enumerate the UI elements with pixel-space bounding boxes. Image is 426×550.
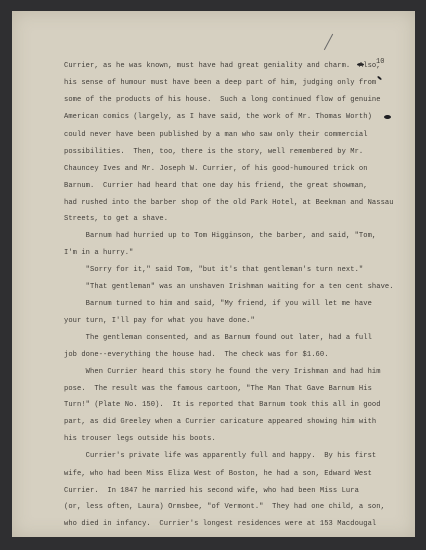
text-line: wife, who had been Miss Eliza West of Bo… [64, 470, 372, 478]
text-line: job done--everything the house had. The … [64, 351, 329, 359]
text-line: Streets, to get a shave. [64, 215, 168, 223]
text-line: "Sorry for it," said Tom, "but it's that… [64, 266, 363, 274]
text-line: part, as did Greeley when a Currier cari… [64, 418, 376, 426]
text-line: his sense of humour must have been a dee… [64, 79, 376, 87]
text-line: his trouser legs outside his boots. [64, 435, 216, 443]
text-line: Barnum had hurried up to Tom Higginson, … [64, 232, 376, 240]
text-line: I'm in a hurry." [64, 249, 133, 257]
text-line: some of the products of his house. Such … [64, 96, 381, 104]
text-line: could never have been published by a man… [64, 131, 368, 139]
text-line: who died in infancy. Currier's longest r… [64, 520, 376, 528]
text-line: (or, less often, Laura) Ormsbee, "of Ver… [64, 503, 385, 511]
text-line: had rushed into the barber shop of the o… [64, 199, 394, 207]
text-line: Barnum turned to him and said, "My frien… [64, 300, 372, 308]
checkmark-annotation [324, 34, 334, 51]
text-line: Barnum. Currier had heard that one day h… [64, 182, 368, 190]
text-line: Currier's private life was apparently fu… [64, 452, 376, 460]
ink-blot-icon [377, 76, 382, 81]
text-line: Chauncey Ives and Mr. Joseph W. Currier,… [64, 165, 368, 173]
document-page: 10 Currier, as he was known, must have h… [12, 11, 415, 537]
text-line: "That gentleman" was an unshaven Irishma… [64, 283, 394, 291]
text-line: Turn!" (Plate No. 150). It is reported t… [64, 401, 381, 409]
text-line: American comics (largely, as I have said… [64, 113, 372, 121]
ink-blot-icon [384, 115, 391, 119]
text-line: your turn, I'll pay for what you have do… [64, 317, 255, 325]
text-line: Currier, as he was known, must have had … [64, 62, 381, 70]
text-line: possibilities. Then, too, there is the s… [64, 148, 363, 156]
text-line: The gentleman consented, and as Barnum f… [64, 334, 372, 342]
text-line: When Currier heard this story he found t… [64, 368, 381, 376]
text-line: Currier. In 1847 he married his second w… [64, 487, 359, 495]
text-line: pose. The result was the famous cartoon,… [64, 385, 372, 393]
